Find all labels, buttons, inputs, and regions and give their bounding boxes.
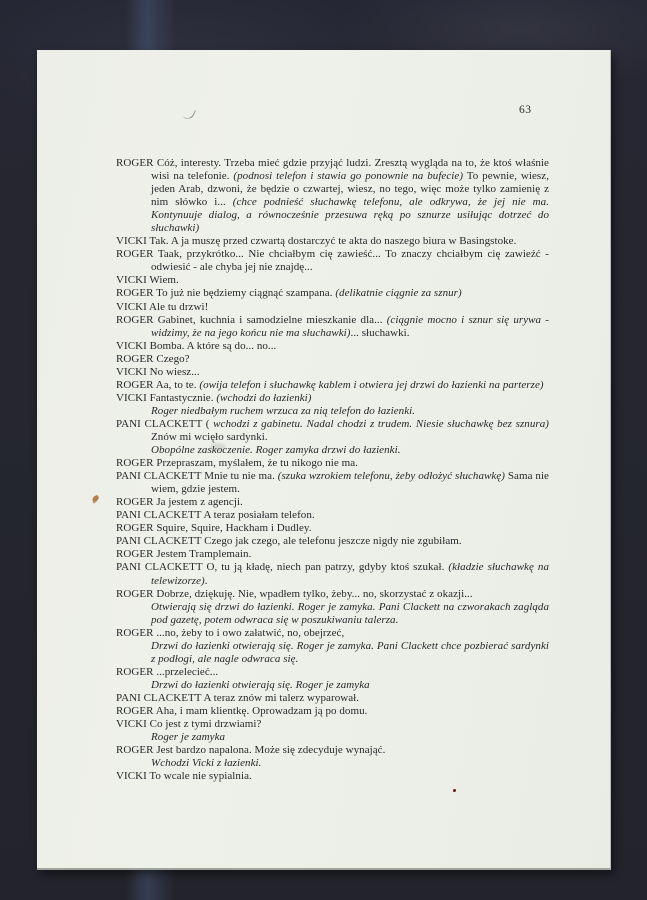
stage-direction-line: Otwierają się drzwi do łazienki. Roger j…	[116, 601, 549, 627]
dialogue-line: PANI CLACKETT A teraz znów mi talerz wyp…	[116, 692, 549, 705]
stage-direction-text: (podnosi telefon i stawia go ponownie na…	[233, 170, 463, 182]
dialogue-line: ROGER Gabinet, kuchnia i samodzielne mie…	[116, 314, 549, 340]
dialogue-text: ROGER Taak, przykrótko... Nie chciałbym …	[116, 248, 549, 273]
stage-direction-text: wchodzi z gabinetu. Nadal chodzi z trude…	[213, 418, 549, 430]
dialogue-text: VICKI No wiesz...	[116, 366, 200, 378]
dialogue-text: ... słuchawki.	[351, 327, 410, 339]
red-speck-artifact	[453, 789, 456, 792]
dialogue-text: Znów mi wcięło sardynki.	[151, 431, 268, 443]
stage-direction-text: Drzwi do łazienki otwierają się. Roger j…	[151, 640, 549, 665]
stage-direction-text: (delikatnie ciągnie za sznur)	[335, 287, 461, 299]
stage-direction-line: Roger je zamyka	[116, 731, 549, 744]
dialogue-text: VICKI Ale tu drzwi!	[116, 301, 208, 313]
dialogue-text: PANI CLACKETT A teraz posiałam telefon.	[116, 509, 315, 521]
dialogue-line: VICKI Bomba. A które są do... no...	[116, 340, 549, 353]
dialogue-line: ROGER ...przelecieć...	[116, 666, 549, 679]
stage-direction-text: Otwierają się drzwi do łazienki. Roger j…	[151, 601, 549, 626]
dialogue-text: PANI CLACKETT (	[116, 418, 213, 430]
scanned-document-background: 63 ROGER Cóż, interesty. Trzeba mieć gdz…	[0, 0, 647, 900]
dialogue-line: VICKI Fantastycznie. (wchodzi do łazienk…	[116, 392, 549, 405]
dialogue-line: ROGER Jestem Tramplemain.	[116, 548, 549, 561]
dialogue-text: ROGER Dobrze, dziękuję. Nie, wpadłem tyl…	[116, 588, 473, 600]
dialogue-text: PANI CLACKETT Mnie tu nie ma.	[116, 470, 278, 482]
dialogue-text: VICKI Bomba. A które są do... no...	[116, 340, 276, 352]
dialogue-line: ROGER Czego?	[116, 353, 549, 366]
dialogue-line: ROGER Dobrze, dziękuję. Nie, wpadłem tyl…	[116, 588, 549, 601]
dialogue-line: ROGER To już nie będziemy ciągnąć szampa…	[116, 287, 549, 300]
page-number: 63	[519, 104, 532, 116]
dialogue-text: PANI CLACKETT Czego jak czego, ale telef…	[116, 535, 462, 547]
dialogue-line: PANI CLACKETT Czego jak czego, ale telef…	[116, 535, 549, 548]
dialogue-line: VICKI To wcale nie sypialnia.	[116, 770, 549, 783]
dialogue-line: PANI CLACKETT Mnie tu nie ma. (szuka wzr…	[116, 470, 549, 496]
dialogue-text: ROGER Jest bardzo napalona. Może się zde…	[116, 744, 385, 756]
dialogue-line: VICKI Co jest z tymi drzwiami?	[116, 718, 549, 731]
dialogue-text: ROGER Aa, to te.	[116, 379, 199, 391]
stage-direction-text: (owija telefon i słuchawkę kablem i otwi…	[199, 379, 543, 391]
dialogue-text: ROGER Przepraszam, myślałem, że tu nikog…	[116, 457, 358, 469]
dialogue-text: ROGER ...przelecieć...	[116, 666, 218, 678]
dialogue-line: PANI CLACKETT ( wchodzi z gabinetu. Nada…	[116, 418, 549, 444]
dialogue-line: ROGER Taak, przykrótko... Nie chciałbym …	[116, 248, 549, 274]
dialogue-text: VICKI To wcale nie sypialnia.	[116, 770, 252, 782]
dialogue-text: ROGER ...no, żeby to i owo załatwić, no,…	[116, 627, 344, 639]
dialogue-line: VICKI Tak. A ja muszę przed czwartą dost…	[116, 235, 549, 248]
stage-direction-line: Drzwi do łazienki otwierają się. Roger j…	[116, 640, 549, 666]
dialogue-text: ROGER To już nie będziemy ciągnąć szampa…	[116, 287, 335, 299]
dialogue-text: .	[205, 575, 208, 587]
dialogue-line: VICKI Wiem.	[116, 274, 549, 287]
tan-speck-artifact	[91, 495, 100, 503]
dialogue-text: VICKI Wiem.	[116, 274, 179, 286]
stage-direction-line: Roger niedbałym ruchem wrzuca za nią tel…	[116, 405, 549, 418]
dialogue-line: ROGER Aa, to te. (owija telefon i słucha…	[116, 379, 549, 392]
dialogue-text: ROGER Czego?	[116, 353, 190, 365]
stage-direction-text: Obopólne zaskoczenie. Roger zamyka drzwi…	[151, 444, 401, 456]
dialogue-line: VICKI No wiesz...	[116, 366, 549, 379]
dialogue-text: ROGER Ja jestem z agencji.	[116, 496, 243, 508]
stage-direction-text: Roger je zamyka	[151, 731, 225, 743]
stage-direction-text: Drzwi do łazienki otwierają się. Roger j…	[151, 679, 370, 691]
dialogue-text: VICKI Co jest z tymi drzwiami?	[116, 718, 261, 730]
dialogue-text: VICKI Fantastycznie.	[116, 392, 216, 404]
dialogue-line: ROGER Jest bardzo napalona. Może się zde…	[116, 744, 549, 757]
dialogue-line: VICKI Ale tu drzwi!	[116, 301, 549, 314]
dialogue-text: PANI CLACKETT A teraz znów mi talerz wyp…	[116, 692, 359, 704]
dialogue-line: PANI CLACKETT O, tu ją kładę, niech pan …	[116, 561, 549, 587]
dialogue-line: ROGER Squire, Squire, Hackham i Dudley.	[116, 522, 549, 535]
script-page: 63 ROGER Cóż, interesty. Trzeba mieć gdz…	[37, 50, 611, 870]
dialogue-line: PANI CLACKETT A teraz posiałam telefon.	[116, 509, 549, 522]
dialogue-line: ROGER Ja jestem z agencji.	[116, 496, 549, 509]
pen-mark-artifact	[183, 107, 196, 122]
stage-direction-text: Roger niedbałym ruchem wrzuca za nią tel…	[151, 405, 415, 417]
dialogue-line: ROGER Aha, i mam klientkę. Oprowadzam ją…	[116, 705, 549, 718]
dialogue-text: VICKI Tak. A ja muszę przed czwartą dost…	[116, 235, 516, 247]
dialogue-text: ROGER Gabinet, kuchnia i samodzielne mie…	[116, 314, 387, 326]
dialogue-text: ROGER Aha, i mam klientkę. Oprowadzam ją…	[116, 705, 367, 717]
dialogue-line: ROGER Cóż, interesty. Trzeba mieć gdzie …	[116, 157, 549, 235]
dialogue-text: ROGER Squire, Squire, Hackham i Dudley.	[116, 522, 312, 534]
stage-direction-text: Wchodzi Vicki z łazienki.	[151, 757, 261, 769]
stage-direction-line: Drzwi do łazienki otwierają się. Roger j…	[116, 679, 549, 692]
dialogue-text: ROGER Jestem Tramplemain.	[116, 548, 251, 560]
script-body: ROGER Cóż, interesty. Trzeba mieć gdzie …	[116, 157, 549, 783]
stage-direction-text: (wchodzi do łazienki)	[216, 392, 311, 404]
dialogue-line: ROGER ...no, żeby to i owo załatwić, no,…	[116, 627, 549, 640]
dialogue-line: ROGER Przepraszam, myślałem, że tu nikog…	[116, 457, 549, 470]
stage-direction-text: (szuka wzrokiem telefonu, żeby odłożyć s…	[278, 470, 505, 482]
dialogue-text: PANI CLACKETT O, tu ją kładę, niech pan …	[116, 561, 448, 573]
stage-direction-line: Obopólne zaskoczenie. Roger zamyka drzwi…	[116, 444, 549, 457]
stage-direction-line: Wchodzi Vicki z łazienki.	[116, 757, 549, 770]
